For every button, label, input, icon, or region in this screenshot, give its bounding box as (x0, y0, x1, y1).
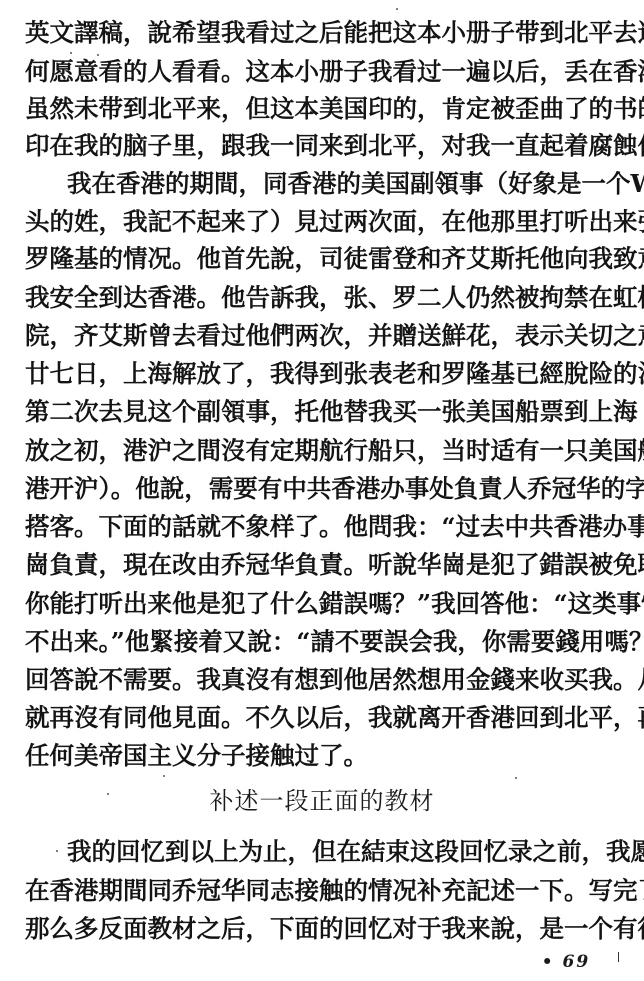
scan-speck (396, 8, 398, 10)
section-heading-text: 补述一段正面的教材 (210, 787, 435, 815)
text-line: 印在我的脑子里，跟我一同来到北平，对我一直起着腐蝕作用。 (25, 131, 615, 161)
text-line: 我安全到达香港。他告訴我，张、罗二人仍然被拘禁在虹桥疗养 (25, 283, 615, 313)
paragraph-first-line: 我的回忆到以上为止，但在結束这段回忆录之前，我愿意把我 (67, 837, 615, 867)
text-line: 就再沒有同他見面。不久以后，我就离开香港回到北平，再沒有同 (25, 703, 615, 733)
text-line: 头的姓，我記不起来了）見过两次面，在他那里打听出来张表老和 (25, 207, 615, 237)
paragraph-first-line: 我在香港的期間，同香港的美国副領事（好象是一个W字母起 (67, 169, 615, 199)
scan-speck (515, 777, 517, 779)
text-line: 放之初，港沪之間沒有定期航行船只，当时适有一只美国船定期由 (25, 436, 615, 466)
scan-speck (56, 850, 58, 852)
text-line: 罗隆基的情况。他首先說，司徒雷登和齐艾斯托他向我致意，庆祝 (25, 244, 615, 274)
scan-speck (107, 793, 109, 795)
scanned-book-page: 英文譯稿，說希望我看过之后能把这本小册子带到北平去送給任 何愿意看的人看看。这本… (0, 0, 644, 981)
text-line: 那么多反面教材之后，下面的回忆对于我来說，是一个有很大現实 (25, 914, 615, 944)
text-line: 英文譯稿，說希望我看过之后能把这本小册子带到北平去送給任 (25, 18, 615, 48)
scan-speck (70, 52, 72, 54)
text-line: 回答說不需要。我真沒有想到他居然想用金錢来收买我。从此我 (25, 665, 615, 695)
scan-speck (163, 775, 165, 777)
text-line: 虽然未带到北平来，但这本美国印的，肯定被歪曲了的书的內容却 (25, 94, 615, 124)
text-line: 你能打听出来他是犯了什么錯誤嗎？”我回答他：“这类事情我打听 (25, 589, 615, 619)
text-line: 在香港期間同乔冠华同志接触的情况补充記述一下。写完了上面 (25, 876, 615, 906)
text-line: 院，齐艾斯曾去看过他們两次，并贈送鮮花，表示关切之意。五月 (25, 321, 615, 351)
text-line: 不出来。”他緊接着又說：“請不要誤会我，你需要錢用嗎？”我立刻 (25, 627, 615, 657)
text-line: 何愿意看的人看看。这本小册子我看过一遍以后，丢在香港了。我 (25, 57, 615, 87)
text-line: 港开沪）。他說，需要有中共香港办事处負責人乔冠华的字据才能 (25, 474, 615, 504)
text-line: 搭客。下面的話就不象样了。他問我：“过去中共香港办事处是华 (25, 512, 615, 542)
section-heading: 补述一段正面的教材 (0, 785, 644, 817)
scan-edge-mark (618, 952, 619, 962)
text-line: 任何美帝国主义分子接触过了。 (25, 741, 615, 771)
scan-speck (97, 54, 99, 56)
text-line: 崗負責，現在改由乔冠华負責。听說华崗是犯了錯誤被免职的。 (25, 550, 615, 580)
text-line: 第二次去見这个副領事，托他替我买一张美国船票到上海（上海解 (25, 397, 615, 427)
page-number: • 69 • (536, 950, 596, 974)
text-line: 廿七日，上海解放了，我得到张表老和罗隆基已經脫险的消息。我 (25, 359, 615, 389)
